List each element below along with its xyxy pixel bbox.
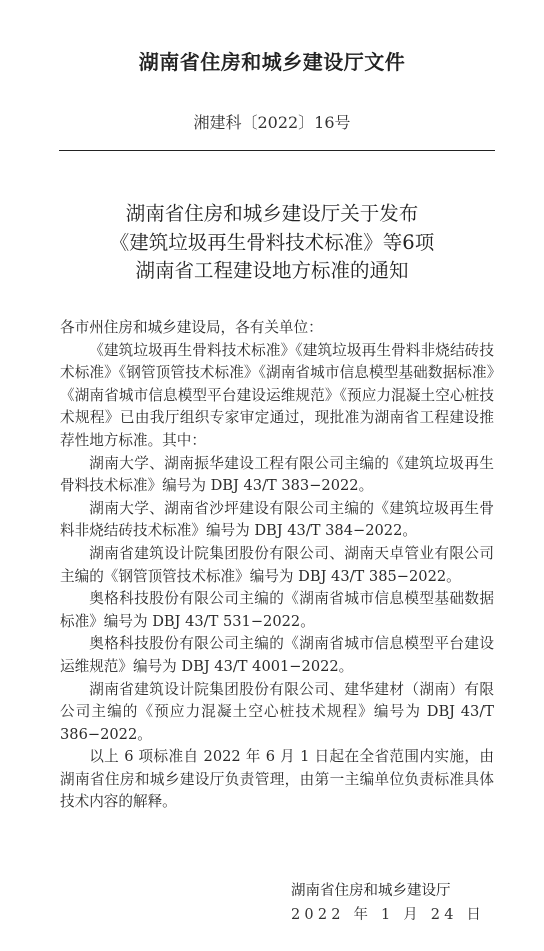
notice-title-line: 《建筑垃圾再生骨料技术标准》等6项 (0, 229, 544, 258)
body-paragraph-standard-1: 湖南大学、湖南振华建设工程有限公司主编的《建筑垃圾再生骨料技术标准》编号为 DB… (60, 453, 494, 498)
issuer-signature: 湖南省住房和城乡建设厅 (291, 879, 451, 903)
body-paragraph-standard-3: 湖南省建筑设计院集团股份有限公司、湖南天卓管业有限公司主编的《钢管顶管技术标准》… (60, 543, 494, 588)
salutation: 各市州住房和城乡建设局，各有关单位： (60, 317, 494, 340)
issue-date: 2022 年 1 月 24 日 (291, 903, 485, 924)
document-number: 湘建科〔2022〕16号 (0, 110, 544, 133)
body-paragraph-standard-4: 奥格科技股份有限公司主编的《湖南省城市信息模型基础数据标准》编号为 DBJ 43… (60, 588, 494, 633)
body-paragraph-implementation: 以上 6 项标准自 2022 年 6 月 1 日起在全省范围内实施，由湖南省住房… (60, 746, 494, 814)
header-divider (59, 150, 495, 151)
body-paragraph-standard-5: 奥格科技股份有限公司主编的《湖南省城市信息模型平台建设运维规范》编号为 DBJ … (60, 633, 494, 678)
notice-body: 各市州住房和城乡建设局，各有关单位： 《建筑垃圾再生骨料技术标准》《建筑垃圾再生… (60, 317, 494, 814)
document-page: 湖南省住房和城乡建设厅文件 湘建科〔2022〕16号 湖南省住房和城乡建设厅关于… (0, 0, 544, 951)
issuer-header-title: 湖南省住房和城乡建设厅文件 (0, 46, 544, 75)
notice-title-line: 湖南省工程建设地方标准的通知 (0, 257, 544, 286)
notice-title: 湖南省住房和城乡建设厅关于发布 《建筑垃圾再生骨料技术标准》等6项 湖南省工程建… (0, 200, 544, 286)
body-paragraph-intro: 《建筑垃圾再生骨料技术标准》《建筑垃圾再生骨料非烧结砖技术标准》《钢管顶管技术标… (60, 340, 494, 453)
body-paragraph-standard-2: 湖南大学、湖南省沙坪建设有限公司主编的《建筑垃圾再生骨料非烧结砖技术标准》编号为… (60, 498, 494, 543)
body-paragraph-standard-6: 湖南省建筑设计院集团股份有限公司、建华建材（湖南）有限公司主编的《预应力混凝土空… (60, 679, 494, 747)
notice-title-line: 湖南省住房和城乡建设厅关于发布 (0, 200, 544, 229)
